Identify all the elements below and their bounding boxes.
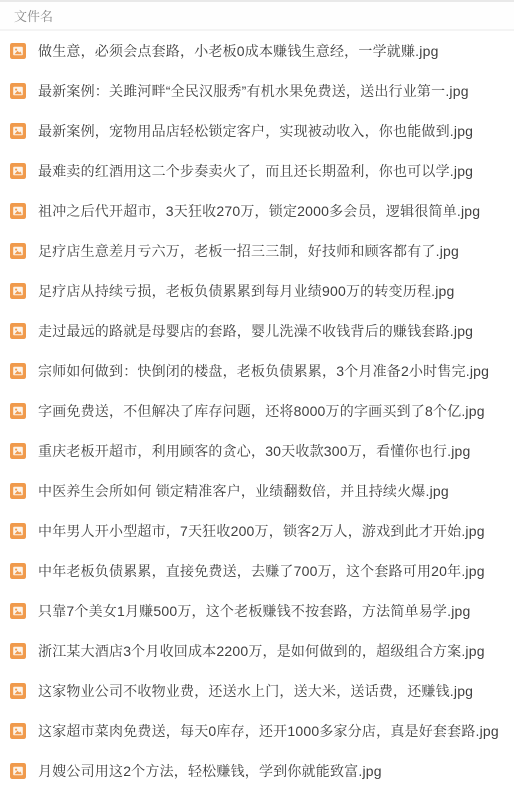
file-name: 重庆老板开超市，利用顾客的贪心，30天收款300万，看懂你也行.jpg <box>38 441 471 461</box>
file-name: 祖冲之后代开超市，3天狂收270万，锁定2000多会员，逻辑很简单.jpg <box>38 201 480 221</box>
file-name: 走过最远的路就是母婴店的套路，婴儿洗澡不收钱背后的赚钱套路.jpg <box>38 321 473 341</box>
image-file-icon <box>10 123 26 139</box>
file-row[interactable]: 宗师如何做到：快倒闭的楼盘，老板负债累累，3个月准备2小时售完.jpg <box>0 351 514 391</box>
file-name: 这家超市菜肉免费送，每天0库存，还开1000多家分店，真是好套套路.jpg <box>38 721 499 741</box>
file-row[interactable]: 做生意，必须会点套路，小老板0成本赚钱生意经，一学就赚.jpg <box>0 31 514 71</box>
file-table-header: 文件名 <box>0 0 514 31</box>
image-file-icon <box>10 323 26 339</box>
file-name: 做生意，必须会点套路，小老板0成本赚钱生意经，一学就赚.jpg <box>38 41 439 61</box>
file-name: 这家物业公司不收物业费，还送水上门，送大米，送话费，还赚钱.jpg <box>38 681 473 701</box>
filename-column-header[interactable]: 文件名 <box>14 6 53 25</box>
file-name: 最新案例，宠物用品店轻松锁定客户，实现被动收入，你也能做到.jpg <box>38 121 473 141</box>
image-file-icon <box>10 283 26 299</box>
file-row[interactable]: 只靠7个美女1月赚500万，这个老板赚钱不按套路，方法简单易学.jpg <box>0 591 514 631</box>
image-file-icon <box>10 603 26 619</box>
file-row[interactable]: 最新案例，宠物用品店轻松锁定客户，实现被动收入，你也能做到.jpg <box>0 111 514 151</box>
file-row[interactable]: 字画免费送，不但解决了库存问题，还将8000万的字画买到了8个亿.jpg <box>0 391 514 431</box>
file-name: 最新案例：关雎河畔“全民汉服秀”有机水果免费送，送出行业第一.jpg <box>38 81 469 101</box>
file-row[interactable]: 月嫂公司用这2个方法，轻松赚钱，学到你就能致富.jpg <box>0 751 514 791</box>
image-file-icon <box>10 643 26 659</box>
image-file-icon <box>10 363 26 379</box>
file-name: 中年老板负债累累，直接免费送，去赚了700万，这个套路可用20年.jpg <box>38 561 485 581</box>
file-name: 足疗店生意差月亏六万，老板一招三三制，好技师和顾客都有了.jpg <box>38 241 459 261</box>
image-file-icon <box>10 243 26 259</box>
image-file-icon <box>10 763 26 779</box>
file-name: 宗师如何做到：快倒闭的楼盘，老板负债累累，3个月准备2小时售完.jpg <box>38 361 489 381</box>
file-name: 浙江某大酒店3个月收回成本2200万，是如何做到的，超级组合方案.jpg <box>38 641 485 661</box>
file-row[interactable]: 这家物业公司不收物业费，还送水上门，送大米，送话费，还赚钱.jpg <box>0 671 514 711</box>
file-table: 文件名 做生意，必须会点套路，小老板0成本赚钱生意经，一学就赚.jpg 最新案例… <box>0 0 514 794</box>
file-row[interactable]: 中医养生会所如何 锁定精准客户，业绩翻数倍，并且持续火爆.jpg <box>0 471 514 511</box>
image-file-icon <box>10 83 26 99</box>
file-row[interactable]: 走过最远的路就是母婴店的套路，婴儿洗澡不收钱背后的赚钱套路.jpg <box>0 311 514 351</box>
file-name: 只靠7个美女1月赚500万，这个老板赚钱不按套路，方法简单易学.jpg <box>38 601 471 621</box>
image-file-icon <box>10 523 26 539</box>
file-name: 中医养生会所如何 锁定精准客户，业绩翻数倍，并且持续火爆.jpg <box>38 481 449 501</box>
file-row[interactable]: 祖冲之后代开超市，3天狂收270万，锁定2000多会员，逻辑很简单.jpg <box>0 191 514 231</box>
file-row[interactable]: 这家超市菜肉免费送，每天0库存，还开1000多家分店，真是好套套路.jpg <box>0 711 514 751</box>
image-file-icon <box>10 403 26 419</box>
file-row[interactable]: 浙江某大酒店3个月收回成本2200万，是如何做到的，超级组合方案.jpg <box>0 631 514 671</box>
file-row[interactable]: 中年老板负债累累，直接免费送，去赚了700万，这个套路可用20年.jpg <box>0 551 514 591</box>
file-list: 做生意，必须会点套路，小老板0成本赚钱生意经，一学就赚.jpg 最新案例：关雎河… <box>0 31 514 791</box>
image-file-icon <box>10 723 26 739</box>
file-row[interactable]: 最新案例：关雎河畔“全民汉服秀”有机水果免费送，送出行业第一.jpg <box>0 71 514 111</box>
image-file-icon <box>10 683 26 699</box>
file-row[interactable]: 足疗店从持续亏损，老板负债累累到每月业绩900万的转变历程.jpg <box>0 271 514 311</box>
file-row[interactable]: 足疗店生意差月亏六万，老板一招三三制，好技师和顾客都有了.jpg <box>0 231 514 271</box>
file-row[interactable]: 中年男人开小型超市，7天狂收200万，锁客2万人，游戏到此才开始.jpg <box>0 511 514 551</box>
file-name: 月嫂公司用这2个方法，轻松赚钱，学到你就能致富.jpg <box>38 761 382 781</box>
file-row[interactable]: 重庆老板开超市，利用顾客的贪心，30天收款300万，看懂你也行.jpg <box>0 431 514 471</box>
file-name: 中年男人开小型超市，7天狂收200万，锁客2万人，游戏到此才开始.jpg <box>38 521 485 541</box>
file-name: 足疗店从持续亏损，老板负债累累到每月业绩900万的转变历程.jpg <box>38 281 455 301</box>
image-file-icon <box>10 163 26 179</box>
image-file-icon <box>10 43 26 59</box>
file-name: 字画免费送，不但解决了库存问题，还将8000万的字画买到了8个亿.jpg <box>38 401 485 421</box>
image-file-icon <box>10 563 26 579</box>
image-file-icon <box>10 203 26 219</box>
file-row[interactable]: 最难卖的红酒用这二个步奏卖火了，而且还长期盈利，你也可以学.jpg <box>0 151 514 191</box>
image-file-icon <box>10 483 26 499</box>
file-name: 最难卖的红酒用这二个步奏卖火了，而且还长期盈利，你也可以学.jpg <box>38 161 473 181</box>
image-file-icon <box>10 443 26 459</box>
